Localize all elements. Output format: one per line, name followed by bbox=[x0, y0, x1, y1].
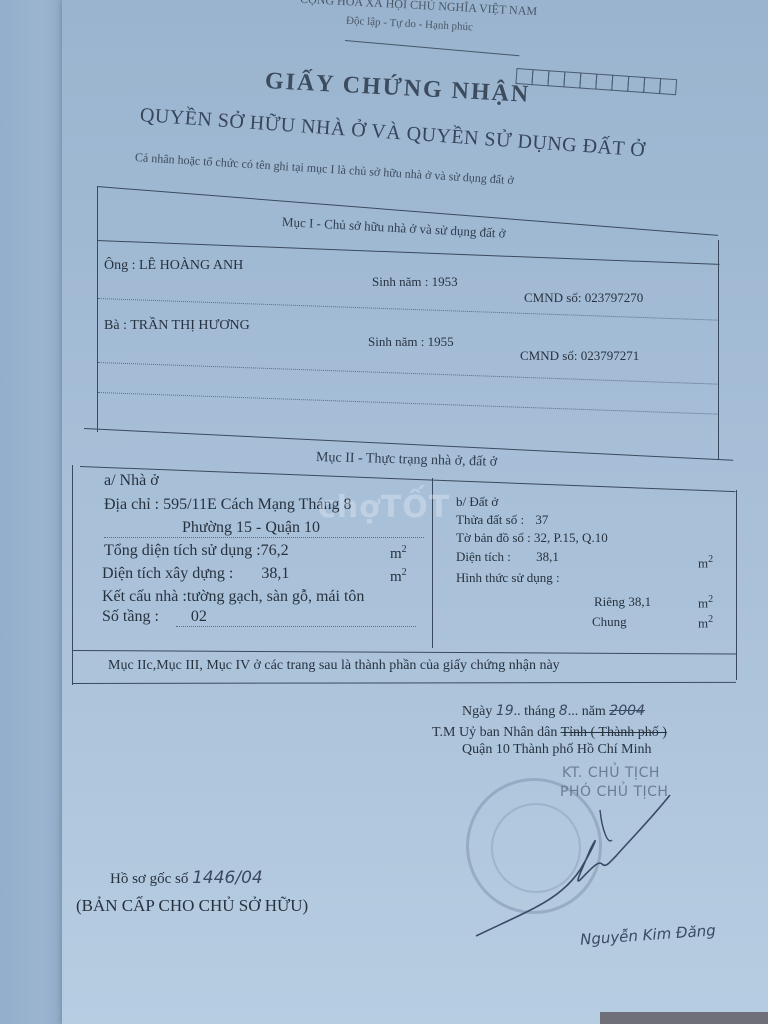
total-area-label: Tổng diện tích sử dụng : bbox=[104, 542, 261, 559]
unit: m bbox=[698, 615, 708, 630]
land-heading: b/ Đất ở bbox=[456, 494, 498, 510]
build-area-label: Diện tích xây dựng : bbox=[102, 565, 233, 582]
copy-note: (BẢN CẤP CHO CHỦ SỞ HỮU) bbox=[76, 896, 308, 916]
frame-left-line-lower bbox=[72, 465, 73, 685]
private-label: Riêng bbox=[594, 594, 625, 609]
unit: m bbox=[698, 555, 708, 570]
signer-role-1: KT. CHỦ TỊCH bbox=[562, 765, 660, 781]
structure-label: Kết cấu nhà : bbox=[102, 588, 187, 605]
birth-year: 1955 bbox=[428, 334, 454, 349]
land-area-unit: m2 bbox=[698, 554, 713, 571]
build-area-unit: m2 bbox=[390, 567, 407, 586]
map-label: Tờ bản đồ số : bbox=[456, 530, 531, 545]
shared-label: Chung bbox=[592, 614, 627, 629]
floor-count: Số tầng : 02 bbox=[102, 608, 207, 626]
total-area-value: 76,2 bbox=[261, 542, 289, 559]
plot-value: 37 bbox=[535, 512, 548, 527]
map-value: 32, P.15, Q.10 bbox=[534, 530, 608, 545]
owner-2-prefix: Bà : bbox=[104, 318, 127, 333]
record-label: Hồ sơ gốc số bbox=[110, 871, 188, 887]
land-area: Diện tích : 38,1 bbox=[456, 549, 559, 565]
house-address-line-2: Phường 15 - Quận 10 bbox=[182, 519, 320, 537]
dotted-line bbox=[176, 626, 416, 627]
unit-sup: 2 bbox=[402, 567, 407, 578]
owner-1-id: CMND số: 023797270 bbox=[524, 290, 643, 306]
month-value: 8 bbox=[559, 703, 568, 719]
private-unit: m2 bbox=[698, 594, 713, 611]
shared-unit: m2 bbox=[698, 614, 713, 631]
map-sheet: Tờ bản đồ số : 32, P.15, Q.10 bbox=[456, 530, 608, 546]
unit: m bbox=[390, 569, 402, 585]
address-label: Địa chỉ : bbox=[104, 496, 159, 513]
owner-1-name: Ông : LÊ HOÀNG ANH bbox=[104, 258, 243, 274]
usage-private: Riêng 38,1 bbox=[594, 594, 651, 610]
floors-value: 02 bbox=[191, 608, 207, 625]
owner-1-birth: Sinh năm : 1953 bbox=[372, 274, 458, 290]
land-area-value: 38,1 bbox=[536, 549, 559, 564]
footer-note: Mục IIc,Mục III, Mục IV ở các trang sau … bbox=[108, 658, 560, 674]
total-area: Tổng diện tích sử dụng :76,2 bbox=[104, 542, 289, 560]
authority-prefix: T.M Uỷ ban Nhân dân bbox=[432, 725, 557, 740]
birth-year: 1953 bbox=[432, 274, 458, 289]
plot-label: Thửa đất số : bbox=[456, 512, 524, 527]
authority-name: Quận 10 Thành phố Hồ Chí Minh bbox=[462, 742, 652, 758]
month-label: tháng bbox=[524, 704, 555, 719]
dotted-line bbox=[104, 537, 424, 538]
frame-right-line bbox=[718, 240, 719, 460]
id-label: CMND số: bbox=[520, 348, 577, 363]
unit-sup: 2 bbox=[402, 544, 407, 555]
house-heading: a/ Nhà ở bbox=[104, 472, 159, 490]
owner-2-name: Bà : TRẦN THỊ HƯƠNG bbox=[104, 318, 250, 334]
plot-number: Thửa đất số : 37 bbox=[456, 512, 548, 528]
unit: m bbox=[390, 546, 402, 562]
issue-date: Ngày 19.. tháng 8... năm 2004 bbox=[462, 703, 645, 720]
usage-shared: Chung bbox=[592, 614, 627, 630]
usage-form: Hình thức sử dụng : bbox=[456, 570, 560, 586]
day-label: Ngày bbox=[462, 704, 492, 719]
birth-label: Sinh năm : bbox=[368, 334, 424, 349]
house-address: Địa chỉ : 595/11E Cách Mạng Tháng 8 bbox=[104, 496, 352, 514]
owner-2-id: CMND số: 023797271 bbox=[520, 348, 639, 364]
id-number: 023797270 bbox=[585, 290, 644, 305]
structure-value: tường gạch, sàn gỗ, mái tôn bbox=[187, 588, 365, 605]
unit-sup: 2 bbox=[708, 614, 713, 625]
background-surface bbox=[600, 1012, 768, 1024]
owner-2-fullname: TRẦN THỊ HƯƠNG bbox=[130, 318, 250, 333]
build-area-value: 38,1 bbox=[261, 565, 289, 582]
total-area-unit: m2 bbox=[390, 544, 407, 563]
owner-1-fullname: LÊ HOÀNG ANH bbox=[139, 258, 243, 273]
authority-struck: Tỉnh ( Thành phố ) bbox=[561, 725, 667, 740]
record-value: 1446/04 bbox=[192, 868, 263, 888]
owner-1-prefix: Ông : bbox=[104, 258, 136, 273]
year-value: 2004 bbox=[609, 703, 645, 719]
issuing-authority: T.M Uỷ ban Nhân dân Tỉnh ( Thành phố ) bbox=[432, 725, 667, 741]
previous-page-edge bbox=[0, 0, 70, 1024]
unit: m bbox=[698, 595, 708, 610]
frame-right-line-lower bbox=[736, 490, 737, 680]
watermark-logo: chợTỐT bbox=[318, 490, 450, 525]
private-value: 38,1 bbox=[628, 594, 651, 609]
id-label: CMND số: bbox=[524, 290, 581, 305]
birth-label: Sinh năm : bbox=[372, 274, 428, 289]
day-value: 19 bbox=[496, 703, 514, 719]
owner-2-birth: Sinh năm : 1955 bbox=[368, 334, 454, 350]
record-number: Hồ sơ gốc số 1446/04 bbox=[110, 868, 263, 888]
id-number: 023797271 bbox=[581, 348, 640, 363]
land-area-label: Diện tích : bbox=[456, 549, 511, 564]
unit-sup: 2 bbox=[708, 594, 713, 605]
frame-left-line bbox=[97, 186, 98, 432]
build-area: Diện tích xây dựng : 38,1 bbox=[102, 565, 289, 583]
serial-box bbox=[659, 78, 677, 95]
house-structure: Kết cấu nhà :tường gạch, sàn gỗ, mái tôn bbox=[102, 588, 364, 606]
year-label: năm bbox=[582, 704, 606, 719]
floors-label: Số tầng : bbox=[102, 608, 159, 625]
unit-sup: 2 bbox=[708, 554, 713, 565]
signature-scribble-icon bbox=[470, 790, 690, 940]
